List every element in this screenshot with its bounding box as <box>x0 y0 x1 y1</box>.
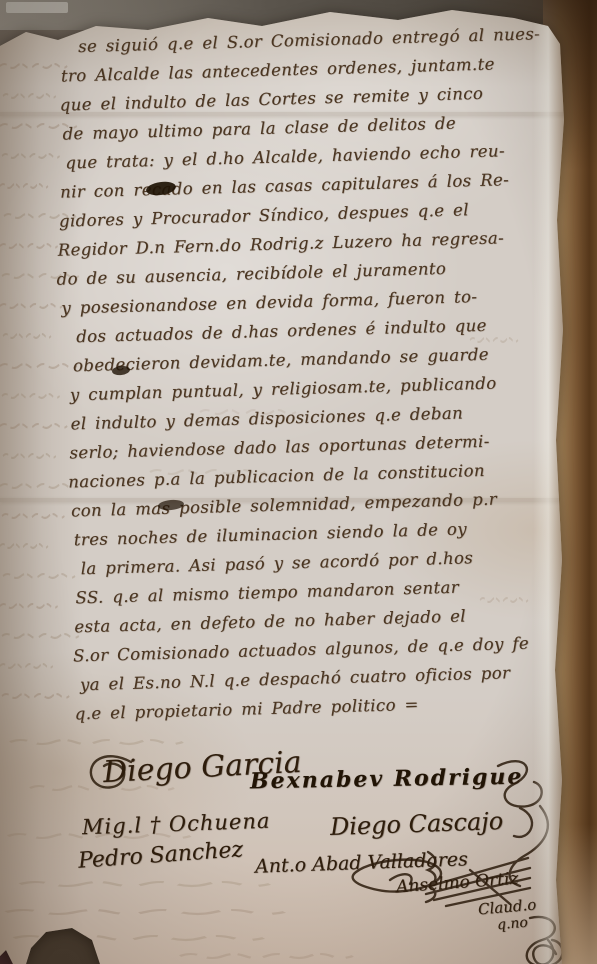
signature-miguel-ochuena: Mig.l † Ochuena <box>82 809 271 840</box>
signature-diego-cascajo: Diego Cascajo <box>330 807 504 841</box>
signature-anselmo-ortiz: Anselmo Ortiz <box>395 869 519 897</box>
manuscript-photo: se siguió q.e el S.or Comisionado entreg… <box>0 0 597 964</box>
signature-antonio-abad: Ant.o Abad Valladares <box>255 848 469 877</box>
signature-claudio: Claud.o <box>477 895 537 918</box>
signature-bernabe-rodriguez: Bexnabev Rodrigue <box>250 764 524 795</box>
signature-pedro-sanchez: Pedro Sanchez <box>77 837 243 873</box>
manuscript-page: se siguió q.e el S.or Comisionado entreg… <box>0 0 597 964</box>
signature-escribano-abbrev: q.no <box>496 915 528 934</box>
manuscript-body: se siguió q.e el S.or Comisionado entreg… <box>0 19 581 730</box>
paper-wrap: se siguió q.e el S.or Comisionado entreg… <box>0 0 597 964</box>
